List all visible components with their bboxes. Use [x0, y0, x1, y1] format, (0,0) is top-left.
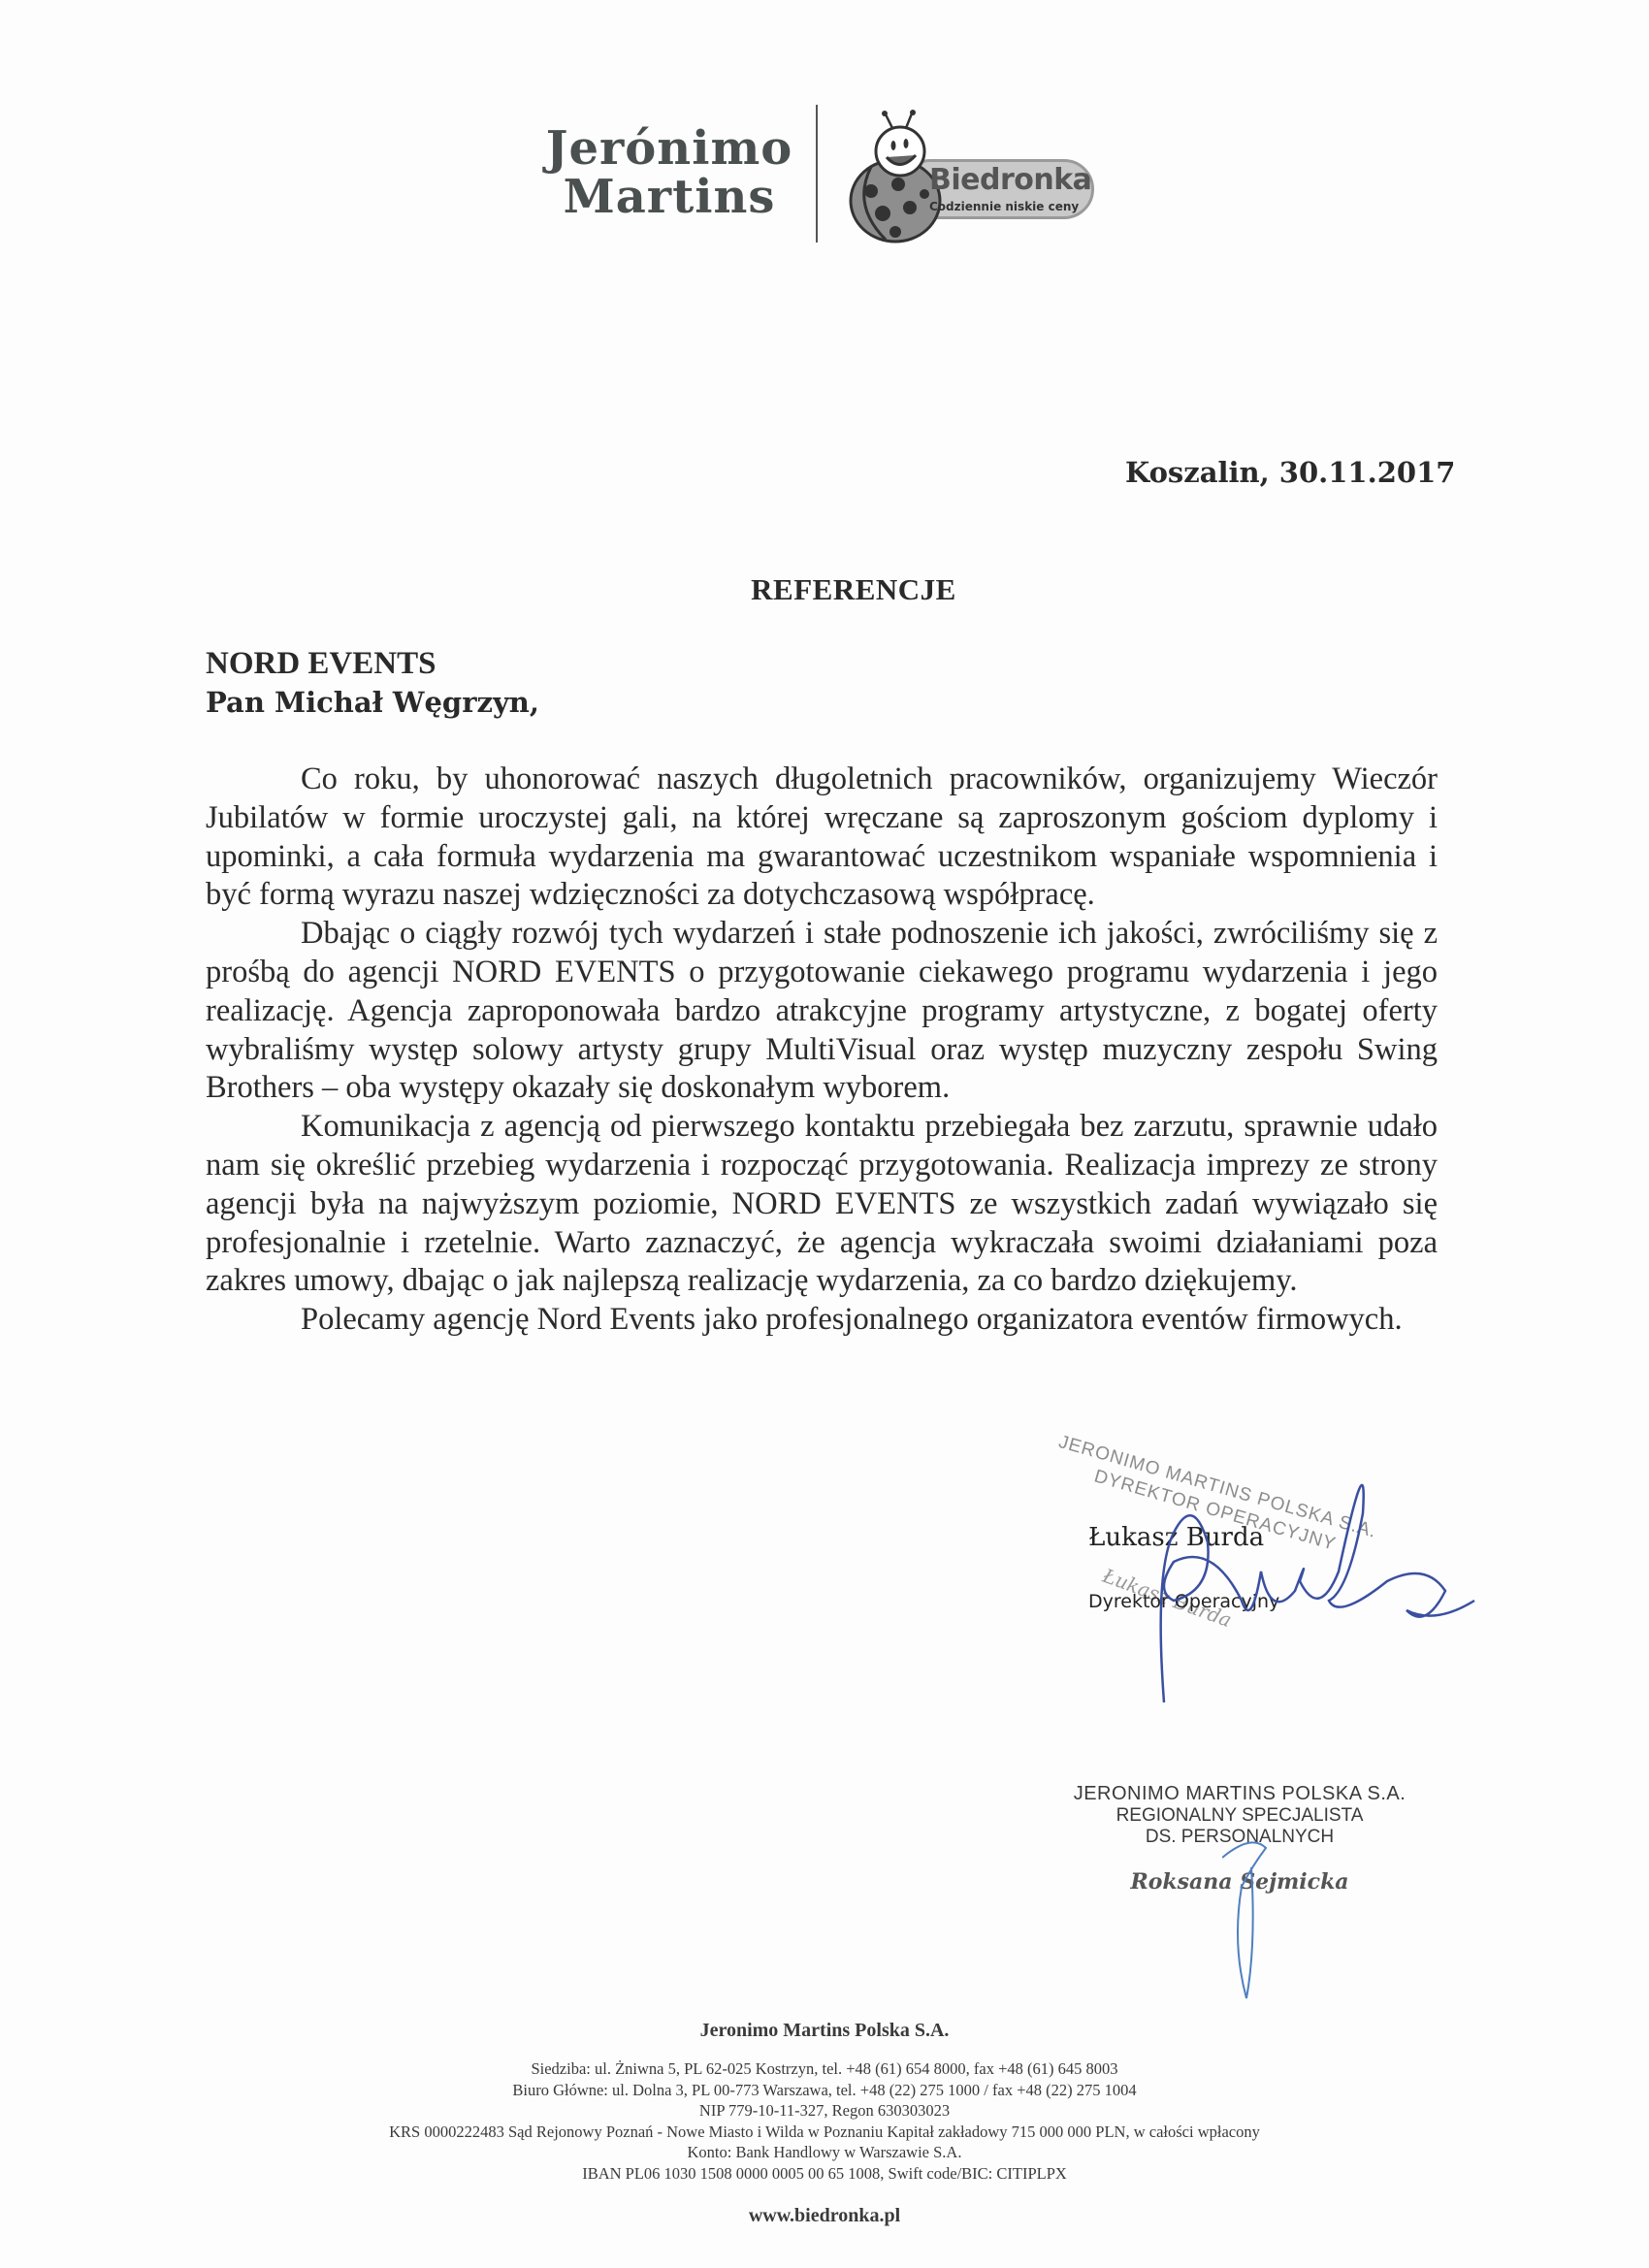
footer-line: NIP 779-10-11-327, Regon 630303023 — [0, 2100, 1649, 2122]
paragraph: Dbając o ciągły rozwój tych wydarzeń i s… — [206, 915, 1438, 1108]
paragraph: Polecamy agencję Nord Events jako profes… — [206, 1301, 1438, 1340]
footer-line: Siedziba: ul. Żniwna 5, PL 62-025 Kostrz… — [0, 2058, 1649, 2080]
logo-divider — [816, 105, 818, 243]
paragraph: Komunikacja z agencją od pierwszego kont… — [206, 1108, 1438, 1301]
recipient-org: NORD EVENTS — [206, 644, 539, 683]
letter-body: Co roku, by uhonorować naszych długoletn… — [206, 761, 1438, 1340]
paragraph: Co roku, by uhonorować naszych długoletn… — [206, 761, 1438, 915]
footer-line: Biuro Główne: ul. Dolna 3, PL 00-773 War… — [0, 2080, 1649, 2101]
recipient-person: Pan Michał Węgrzyn, — [206, 683, 539, 722]
logo-line-1: Jerónimo — [538, 124, 800, 173]
footer-line: KRS 0000222483 Sąd Rejonowy Poznań - Now… — [0, 2122, 1649, 2143]
footer-website-link[interactable]: www.biedronka.pl — [0, 2205, 1649, 2227]
footer-company: Jeronimo Martins Polska S.A. — [0, 2020, 1649, 2042]
stamp-company: JERONIMO MARTINS POLSKA S.A. — [1065, 1783, 1414, 1805]
document-title: REFERENCJE — [0, 572, 1649, 607]
handwritten-signature-icon — [1115, 1455, 1484, 1707]
stamp-role-1: REGIONALNY SPECJALISTA — [1065, 1805, 1414, 1827]
letter-page: Jerónimo Martins Biedronka Codziennie ni… — [0, 0, 1649, 2268]
jeronimo-martins-logo: Jerónimo Martins — [538, 124, 800, 221]
footer-line: Konto: Bank Handlowy w Warszawie S.A. — [0, 2142, 1649, 2163]
handwritten-initial-icon — [1222, 1829, 1271, 2003]
place-date: Koszalin, 30.11.2017 — [1125, 456, 1455, 489]
recipient-block: NORD EVENTS Pan Michał Węgrzyn, — [206, 644, 539, 722]
brand-tagline: Codziennie niskie ceny — [929, 200, 1079, 213]
logo-line-2: Martins — [538, 173, 800, 221]
footer: Jeronimo Martins Polska S.A. Siedziba: u… — [0, 2020, 1649, 2227]
biedronka-logo: Biedronka Codziennie niskie ceny — [842, 109, 1133, 244]
brand-name: Biedronka — [929, 163, 1091, 197]
footer-line: IBAN PL06 1030 1508 0000 0005 00 65 1008… — [0, 2163, 1649, 2185]
